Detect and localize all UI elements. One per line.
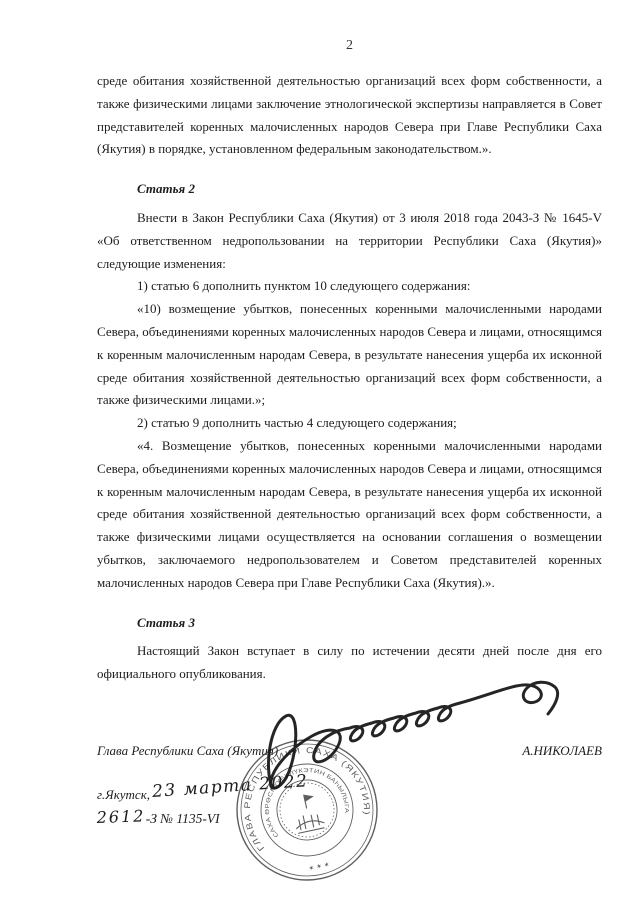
article-heading-3: Статья 3 — [97, 612, 602, 635]
signature-scrawl-icon — [256, 672, 578, 824]
paragraph: Внести в Закон Республики Саха (Якутия) … — [97, 207, 602, 275]
paragraph-item-1: 1) статью 6 дополнить пунктом 10 следующ… — [97, 275, 602, 298]
paragraph-item-2: 2) статью 9 дополнить частью 4 следующег… — [97, 412, 602, 435]
document-page: 2 среде обитания хозяйственной деятельно… — [0, 0, 640, 905]
stamp-separator-stars: ✶ ✶ ✶ — [308, 861, 331, 873]
article-heading-2: Статья 2 — [97, 178, 602, 201]
document-body: среде обитания хозяйственной деятельност… — [97, 70, 602, 686]
paragraph-quote-4: «4. Возмещение убытков, понесенных корен… — [97, 435, 602, 595]
city-label: г.Якутск, — [97, 787, 150, 802]
page-number: 2 — [97, 38, 602, 54]
paragraph-continuation: среде обитания хозяйственной деятельност… — [97, 70, 602, 161]
doc-number-line: 2612-З № 1135-VI — [97, 808, 220, 827]
handwritten-doc-number: 2612 — [96, 806, 145, 827]
signature — [256, 672, 578, 824]
paragraph-quote-10: «10) возмещение убытков, понесенных коре… — [97, 298, 602, 412]
printed-doc-number: -З № 1135-VI — [146, 811, 220, 826]
